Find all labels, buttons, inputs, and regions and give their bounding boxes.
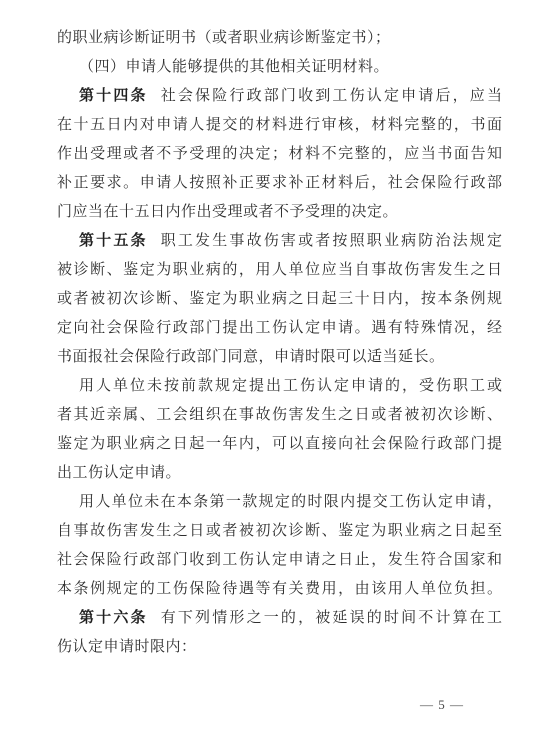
text-line: 第十六条有下列情形之一的，被延误的时间不计算在工: [57, 604, 502, 633]
line-text: 或者被初次诊断、鉴定为职业病之日起三十日内，按本条例规: [57, 291, 502, 307]
line-text: 补正要求。申请人按照补正要求补正材料后，社会保险行政部: [57, 175, 502, 191]
line-text: 自事故伤害发生之日或者被初次诊断、鉴定为职业病之日起至: [57, 523, 502, 539]
line-text: 者其近亲属、工会组织在事故伤害发生之日或者被初次诊断、: [57, 407, 502, 423]
text-line: 鉴定为职业病之日起一年内，可以直接向社会保险行政部门提: [57, 430, 502, 459]
text-line: 第十五条职工发生事故伤害或者按照职业病防治法规定: [57, 227, 502, 256]
page-number: — 5 —: [0, 695, 464, 715]
line-text: 鉴定为职业病之日起一年内，可以直接向社会保险行政部门提: [57, 436, 502, 452]
line-text: 职工发生事故伤害或者按照职业病防治法规定: [161, 233, 502, 249]
text-line: 社会保险行政部门收到工伤认定申请之日止，发生符合国家和: [57, 546, 502, 575]
document-page: 的职业病诊断证明书（或者职业病诊断鉴定书）；（四）申请人能够提供的其他相关证明材…: [0, 0, 556, 747]
text-line: 补正要求。申请人按照补正要求补正材料后，社会保险行政部: [57, 169, 502, 198]
text-line: 用人单位未在本条第一款规定的时限内提交工伤认定申请，: [57, 488, 502, 517]
text-line: 在十五日内对申请人提交的材料进行审核，材料完整的，书面: [57, 111, 502, 140]
text-line: 书面报社会保险行政部门同意，申请时限可以适当延长。: [57, 343, 502, 372]
line-text: 作出受理或者不予受理的决定；材料不完整的，应当书面告知: [57, 146, 502, 162]
text-line: 被诊断、鉴定为职业病的，用人单位应当自事故伤害发生之日: [57, 256, 502, 285]
line-text: 本条例规定的工伤保险待遇等有关费用，由该用人单位负担。: [57, 581, 502, 597]
line-text: 书面报社会保险行政部门同意，申请时限可以适当延长。: [57, 349, 445, 365]
line-text: 的职业病诊断证明书（或者职业病诊断鉴定书）；: [57, 30, 391, 46]
article-number-label: 第十五条: [79, 233, 148, 249]
line-text: 社会保险行政部门收到工伤认定申请之日止，发生符合国家和: [57, 552, 502, 568]
text-block: 的职业病诊断证明书（或者职业病诊断鉴定书）；（四）申请人能够提供的其他相关证明材…: [57, 24, 502, 662]
article-number-label: 第十六条: [79, 610, 148, 626]
text-line: 用人单位未按前款规定提出工伤认定申请的，受伤职工或: [57, 372, 502, 401]
line-text: 被诊断、鉴定为职业病的，用人单位应当自事故伤害发生之日: [57, 262, 502, 278]
line-text: （四）申请人能够提供的其他相关证明材料。: [79, 59, 389, 75]
text-line: （四）申请人能够提供的其他相关证明材料。: [57, 53, 502, 82]
text-line: 伤认定申请时限内：: [57, 633, 502, 662]
line-text: 伤认定申请时限内：: [57, 639, 197, 655]
text-line: 第十四条社会保险行政部门收到工伤认定申请后，应当: [57, 82, 502, 111]
text-line: 自事故伤害发生之日或者被初次诊断、鉴定为职业病之日起至: [57, 517, 502, 546]
line-text: 定向社会保险行政部门提出工伤认定申请。遇有特殊情况，经: [57, 320, 502, 336]
text-line: 出工伤认定申请。: [57, 459, 502, 488]
text-line: 者其近亲属、工会组织在事故伤害发生之日或者被初次诊断、: [57, 401, 502, 430]
text-line: 定向社会保险行政部门提出工伤认定申请。遇有特殊情况，经: [57, 314, 502, 343]
line-text: 社会保险行政部门收到工伤认定申请后，应当: [161, 88, 502, 104]
line-text: 有下列情形之一的，被延误的时间不计算在工: [161, 610, 502, 626]
text-line: 或者被初次诊断、鉴定为职业病之日起三十日内，按本条例规: [57, 285, 502, 314]
line-text: 出工伤认定申请。: [57, 465, 181, 481]
article-number-label: 第十四条: [79, 88, 148, 104]
line-text: 门应当在十五日内作出受理或者不予受理的决定。: [57, 204, 398, 220]
line-text: 用人单位未在本条第一款规定的时限内提交工伤认定申请，: [79, 494, 502, 510]
text-line: 本条例规定的工伤保险待遇等有关费用，由该用人单位负担。: [57, 575, 502, 604]
text-line: 门应当在十五日内作出受理或者不予受理的决定。: [57, 198, 502, 227]
text-line: 的职业病诊断证明书（或者职业病诊断鉴定书）；: [57, 24, 502, 53]
line-text: 在十五日内对申请人提交的材料进行审核，材料完整的，书面: [57, 117, 502, 133]
text-line: 作出受理或者不予受理的决定；材料不完整的，应当书面告知: [57, 140, 502, 169]
line-text: 用人单位未按前款规定提出工伤认定申请的，受伤职工或: [79, 378, 502, 394]
